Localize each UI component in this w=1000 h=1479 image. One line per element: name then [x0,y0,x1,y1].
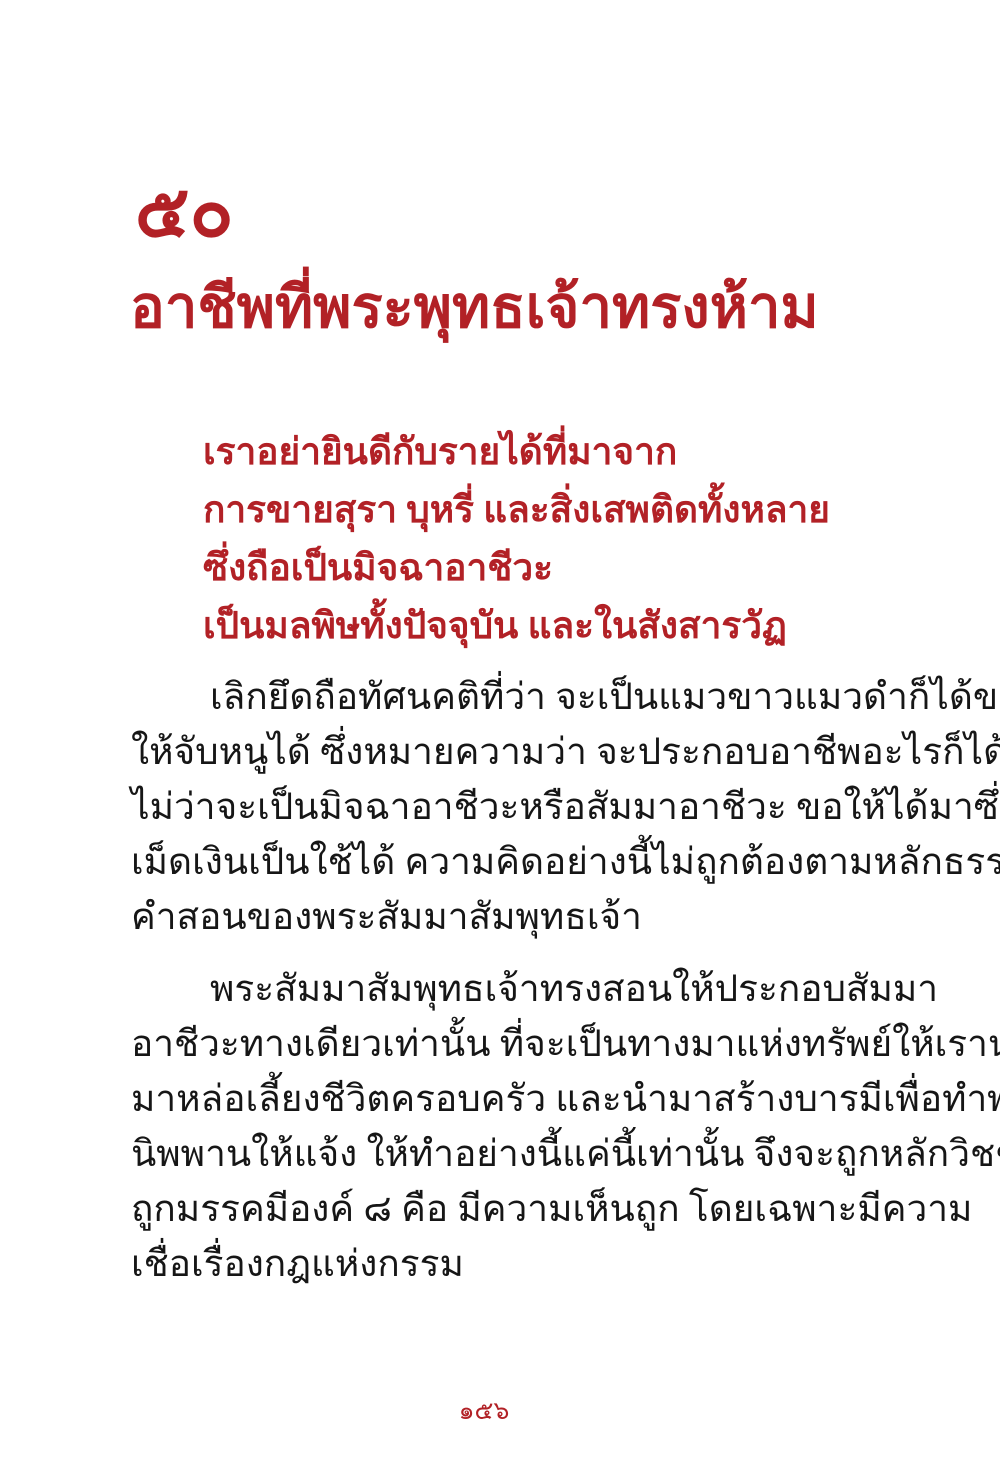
body-line: มาหล่อเลี้ยงชีวิตครอบครัว และนำมาสร้างบา… [131,1072,846,1127]
verse-line: เราอย่ายินดีกับรายได้ที่มาจาก [203,424,863,482]
verse-line: เป็นมลพิษทั้งปัจจุบัน และในสังสารวัฏ [203,598,863,656]
verse-line: การขายสุรา บุหรี่ และสิ่งเสพติดทั้งหลาย [203,482,863,540]
verse-block: เราอย่ายินดีกับรายได้ที่มาจาก การขายสุรา… [203,424,863,656]
body-line: ถูกมรรคมีองค์ ๘ คือ มีความเห็นถูก โดยเฉพ… [131,1182,846,1237]
book-page: ๕๐ อาชีพที่พระพุทธเจ้าทรงห้าม เราอย่ายิน… [0,0,1000,1479]
body-line: ไม่ว่าจะเป็นมิจฉาอาชีวะหรือสัมมาอาชีวะ ข… [131,780,846,835]
body-line: คำสอนของพระสัมมาสัมพุทธเจ้า [131,890,846,945]
body-line: เม็ดเงินเป็นใช้ได้ ความคิดอย่างนี้ไม่ถูก… [131,835,846,890]
chapter-number: ๕๐ [135,162,233,262]
body-line: พระสัมมาสัมพุทธเจ้าทรงสอนให้ประกอบสัมมา [131,962,846,1017]
body-line: เลิกยึดถือทัศนคติที่ว่า จะเป็นแมวขาวแมวด… [131,670,846,725]
body-line: นิพพานให้แจ้ง ให้ทำอย่างนี้แค่นี้เท่านั้… [131,1127,846,1182]
verse-line: ซึ่งถือเป็นมิจฉาอาชีวะ [203,540,863,598]
body-line: เชื่อเรื่องกฎแห่งกรรม [131,1237,846,1292]
page-number: ๑๕๖ [0,1395,968,1429]
body-line: อาชีวะทางเดียวเท่านั้น ที่จะเป็นทางมาแห่… [131,1017,846,1072]
body-paragraph: พระสัมมาสัมพุทธเจ้าทรงสอนให้ประกอบสัมมา … [131,962,846,1292]
body-line: ให้จับหนูได้ ซึ่งหมายความว่า จะประกอบอาช… [131,725,846,780]
body-paragraph: เลิกยึดถือทัศนคติที่ว่า จะเป็นแมวขาวแมวด… [131,670,846,945]
chapter-title: อาชีพที่พระพุทธเจ้าทรงห้าม [130,258,819,358]
